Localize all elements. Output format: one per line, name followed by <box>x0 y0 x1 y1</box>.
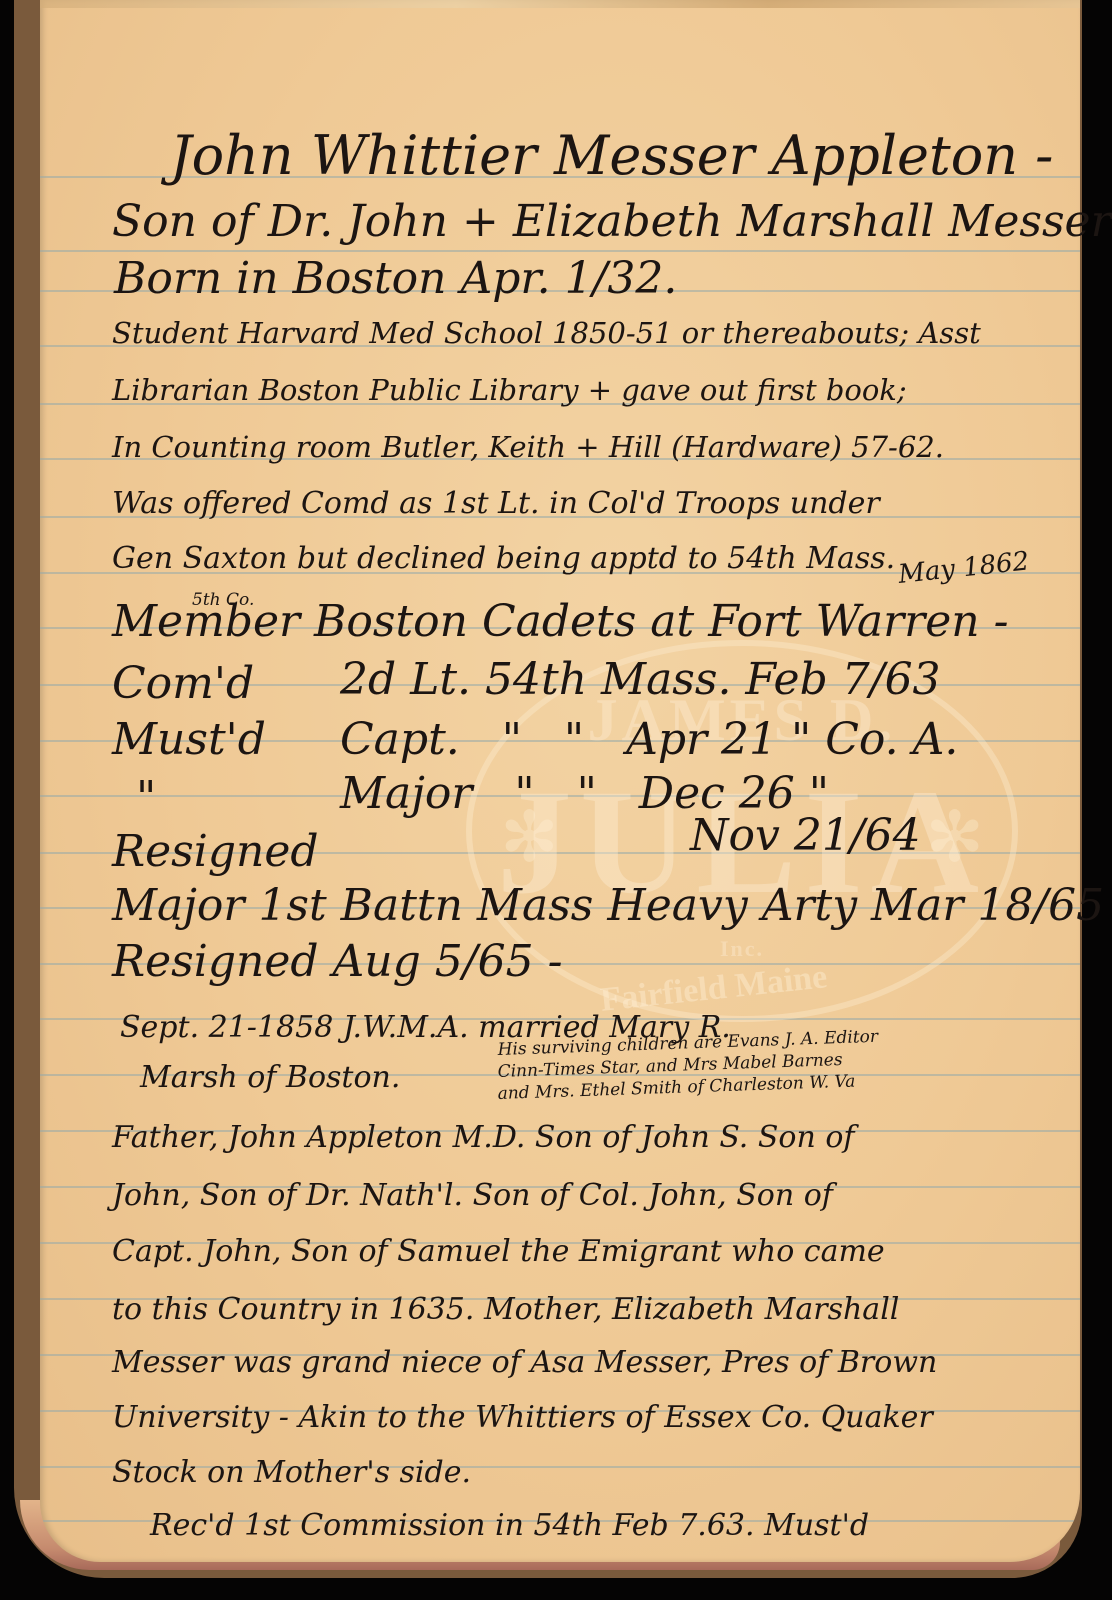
row-label: Com'd <box>112 658 254 709</box>
text-line: Messer was grand niece of Asa Messer, Pr… <box>112 1345 937 1380</box>
title-line: John Whittier Messer Appleton - <box>170 124 1053 187</box>
text-line: Son of Dr. John + Elizabeth Marshall Mes… <box>112 196 1112 247</box>
text-line: University - Akin to the Whittiers of Es… <box>112 1400 933 1435</box>
text-line: Member Boston Cadets at Fort Warren - <box>112 596 1008 647</box>
text-line: Was offered Comd as 1st Lt. in Col'd Tro… <box>112 486 880 521</box>
text-line: Capt. John, Son of Samuel the Emigrant w… <box>112 1234 885 1269</box>
text-line: to this Country in 1635. Mother, Elizabe… <box>112 1292 899 1327</box>
text-line: Born in Boston Apr. 1/32. <box>114 253 677 304</box>
text-line: Father, John Appleton M.D. Son of John S… <box>112 1120 855 1155</box>
ruled-line <box>40 250 1080 252</box>
row-label: " <box>136 772 156 823</box>
text-line: Resigned Aug 5/65 - <box>112 936 562 987</box>
text-line: Gen Saxton but declined being apptd to 5… <box>112 541 895 576</box>
text-line: Stock on Mother's side. <box>112 1455 471 1490</box>
text-line: Marsh of Boston. <box>140 1060 400 1095</box>
row-label: Must'd <box>112 714 266 765</box>
row-label: Resigned <box>112 826 319 877</box>
text-line: In Counting room Butler, Keith + Hill (H… <box>112 430 944 464</box>
text-line: Major 1st Battn Mass Heavy Arty Mar 18/6… <box>112 880 1104 931</box>
text-line: Librarian Boston Public Library + gave o… <box>112 373 907 407</box>
text-line: Student Harvard Med School 1850-51 or th… <box>112 316 981 350</box>
text-line: Capt. " " Apr 21 " Co. A. <box>340 714 958 765</box>
text-line: Nov 21/64 <box>690 810 921 861</box>
text-line: John, Son of Dr. Nath'l. Son of Col. Joh… <box>112 1178 833 1213</box>
text-line: 2d Lt. 54th Mass. Feb 7/63 <box>340 654 941 705</box>
text-line: Rec'd 1st Commission in 54th Feb 7.63. M… <box>150 1508 869 1543</box>
